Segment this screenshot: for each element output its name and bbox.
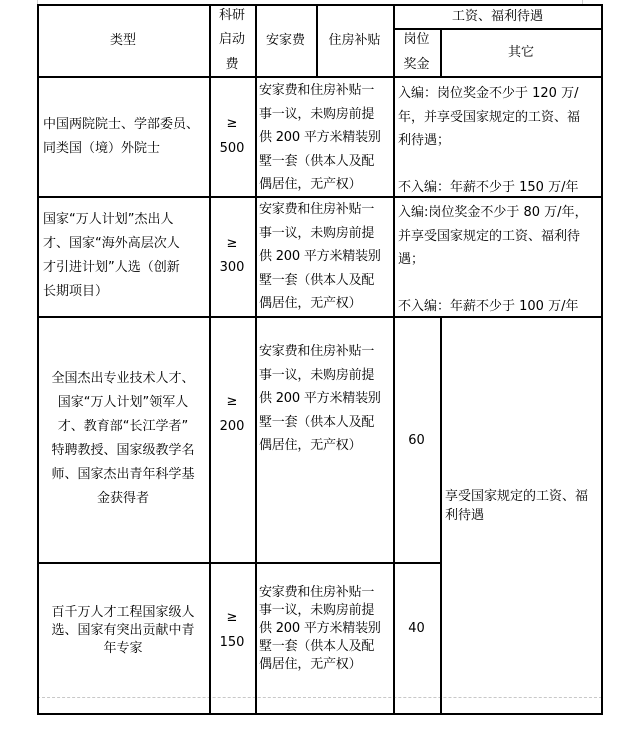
row-other-text: 享受国家规定的工资、福 利待遇	[445, 487, 588, 713]
header-type-label: 类型	[110, 31, 136, 50]
table-row-2-startup-fee: ≥ 300	[209, 196, 255, 316]
header-startup-fee-label: 科研 启动 费	[219, 4, 245, 78]
col-divider-housing-subsidy	[393, 4, 395, 714]
header-other-label: 其它	[508, 43, 534, 62]
row-position-bonus-text: 40	[408, 619, 425, 638]
table-row-3-startup-fee: ≥ 200	[209, 316, 255, 562]
page-margin-guide	[37, 697, 602, 698]
table-row-1-other: 入编：岗位奖金不少于 120 万/ 年，并享受国家规定的工资、福 利待遇； 不入…	[393, 77, 602, 196]
row-startup-fee-text: ≥ 200	[220, 390, 245, 439]
row-type-text: 全国杰出专业技术人才、 国家“万人计划”领军人 才、教育部“长江学者” 特聘教授…	[51, 367, 194, 511]
row-1-bottom-border	[37, 196, 603, 198]
table-border-left	[37, 4, 39, 714]
row-startup-fee-text: ≥ 150	[220, 606, 245, 655]
table-row-3-4-other: 享受国家规定的工资、福 利待遇	[440, 316, 602, 713]
header-settling-fee-label: 安家费	[266, 31, 305, 50]
table-border-top	[37, 4, 603, 6]
table-row-1-startup-fee: ≥ 500	[209, 77, 255, 196]
table-row-4-type: 百千万人才工程国家级人 选、国家有突出贡献中青 年专家	[37, 562, 209, 713]
header-salary-welfare: 工资、福利待遇	[393, 4, 602, 28]
col-divider-position-bonus-header	[440, 28, 442, 77]
row-2-bottom-border	[37, 316, 603, 318]
table-border-right	[601, 4, 603, 714]
table-row-4-settling-housing: 安家费和住房补贴一 事一议，未购房前提 供 200 平方米精装别 墅一套（供本人…	[255, 562, 393, 713]
header-position-bonus: 岗位 奖金	[393, 28, 440, 77]
col-divider-settling-fee	[316, 4, 318, 77]
table-row-3-type: 全国杰出专业技术人才、 国家“万人计划”领军人 才、教育部“长江学者” 特聘教授…	[37, 316, 209, 562]
header-housing-subsidy-label: 住房补贴	[328, 31, 380, 50]
row-3-bottom-border	[37, 562, 441, 564]
table-border-bottom	[37, 713, 603, 715]
table-row-1-settling-housing: 安家费和住房补贴一 事一议，未购房前提 供 200 平方米精装别 墅一套（供本人…	[255, 77, 393, 196]
header-salary-welfare-label: 工资、福利待遇	[452, 7, 543, 26]
row-type-text: 中国两院院士、学部委员、 同类国（境）外院士	[43, 113, 199, 161]
row-type-text: 国家“万人计划”杰出人 才、国家“海外高层次人 才引进计划”人选（创新 长期项目…	[43, 208, 180, 304]
header-type: 类型	[37, 4, 209, 77]
header-other: 其它	[440, 28, 602, 77]
header-group-divider	[393, 28, 603, 30]
row-settling-housing-text: 安家费和住房补贴一 事一议，未购房前提 供 200 平方米精装别 墅一套（供本人…	[259, 198, 381, 316]
row-settling-housing-text: 安家费和住房补贴一 事一议，未购房前提 供 200 平方米精装别 墅一套（供本人…	[259, 340, 381, 562]
row-position-bonus-text: 60	[408, 431, 425, 450]
row-startup-fee-text: ≥ 300	[220, 232, 245, 281]
row-settling-housing-text: 安家费和住房补贴一 事一议，未购房前提 供 200 平方米精装别 墅一套（供本人…	[259, 79, 381, 196]
col-divider-startup-fee	[255, 4, 257, 714]
header-bottom-border	[37, 76, 603, 78]
header-startup-fee: 科研 启动 费	[209, 4, 255, 77]
header-settling-fee: 安家费	[255, 4, 316, 77]
table-row-3-settling-housing: 安家费和住房补贴一 事一议，未购房前提 供 200 平方米精装别 墅一套（供本人…	[255, 316, 393, 562]
col-divider-position-bonus	[440, 316, 442, 714]
table-row-3-position-bonus: 60	[393, 316, 440, 562]
header-position-bonus-label: 岗位 奖金	[403, 28, 429, 77]
document-page: 类型 科研 启动 费 安家费 住房补贴 工资、福利待遇 岗位 奖金 其它 中国两…	[0, 0, 634, 737]
row-other-text: 入编：岗位奖金不少于 120 万/ 年，并享受国家规定的工资、福 利待遇； 不入…	[398, 82, 580, 196]
table-row-4-startup-fee: ≥ 150	[209, 562, 255, 713]
row-settling-housing-text: 安家费和住房补贴一 事一议，未购房前提 供 200 平方米精装别 墅一套（供本人…	[259, 584, 381, 713]
table-row-4-position-bonus: 40	[393, 562, 440, 713]
row-startup-fee-text: ≥ 500	[220, 112, 245, 161]
table-row-1-type: 中国两院院士、学部委员、 同类国（境）外院士	[37, 77, 209, 196]
row-other-text: 入编:岗位奖金不少于 80 万/年， 并享受国家规定的工资、福利待 遇； 不入编…	[398, 201, 588, 316]
table-row-2-settling-housing: 安家费和住房补贴一 事一议，未购房前提 供 200 平方米精装别 墅一套（供本人…	[255, 196, 393, 316]
table-row-2-type: 国家“万人计划”杰出人 才、国家“海外高层次人 才引进计划”人选（创新 长期项目…	[37, 196, 209, 316]
table-row-2-other: 入编:岗位奖金不少于 80 万/年， 并享受国家规定的工资、福利待 遇； 不入编…	[393, 196, 602, 316]
header-housing-subsidy: 住房补贴	[316, 4, 393, 77]
col-divider-type	[209, 4, 211, 714]
